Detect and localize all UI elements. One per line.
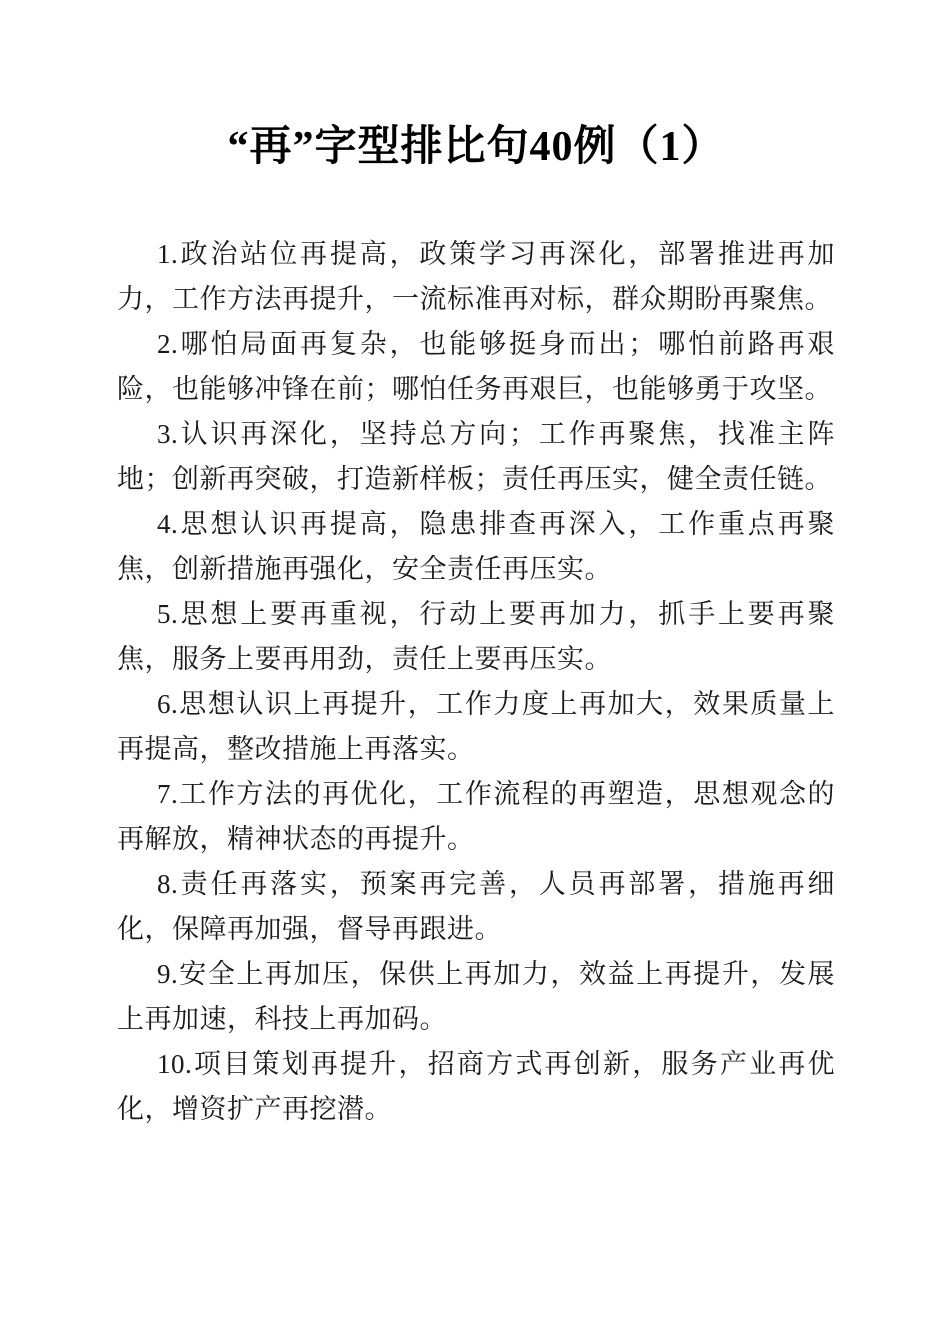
paragraph-1: 1.政治站位再提高，政策学习再深化，部署推进再加力，工作方法再提升，一流标准再对… [117,232,835,322]
document-body: 1.政治站位再提高，政策学习再深化，部署推进再加力，工作方法再提升，一流标准再对… [117,232,835,1132]
paragraph-3: 3.认识再深化，坚持总方向；工作再聚焦，找准主阵地；创新再突破，打造新样板；责任… [117,412,835,502]
document-page: “再”字型排比句40例（1） 1.政治站位再提高，政策学习再深化，部署推进再加力… [0,0,950,1344]
paragraph-9: 9.安全上再加压，保供上再加力，效益上再提升，发展上再加速，科技上再加码。 [117,952,835,1042]
paragraph-2: 2.哪怕局面再复杂，也能够挺身而出；哪怕前路再艰险，也能够冲锋在前；哪怕任务再艰… [117,322,835,412]
paragraph-5: 5.思想上要再重视，行动上要再加力，抓手上要再聚焦，服务上要再用劲，责任上要再压… [117,592,835,682]
paragraph-10: 10.项目策划再提升，招商方式再创新，服务产业再优化，增资扩产再挖潜。 [117,1042,835,1132]
paragraph-7: 7.工作方法的再优化，工作流程的再塑造，思想观念的再解放，精神状态的再提升。 [117,772,835,862]
paragraph-4: 4.思想认识再提高，隐患排查再深入，工作重点再聚焦，创新措施再强化，安全责任再压… [117,502,835,592]
paragraph-6: 6.思想认识上再提升，工作力度上再加大，效果质量上再提高，整改措施上再落实。 [117,682,835,772]
document-title: “再”字型排比句40例（1） [117,122,835,172]
paragraph-8: 8.责任再落实，预案再完善，人员再部署，措施再细化，保障再加强，督导再跟进。 [117,862,835,952]
